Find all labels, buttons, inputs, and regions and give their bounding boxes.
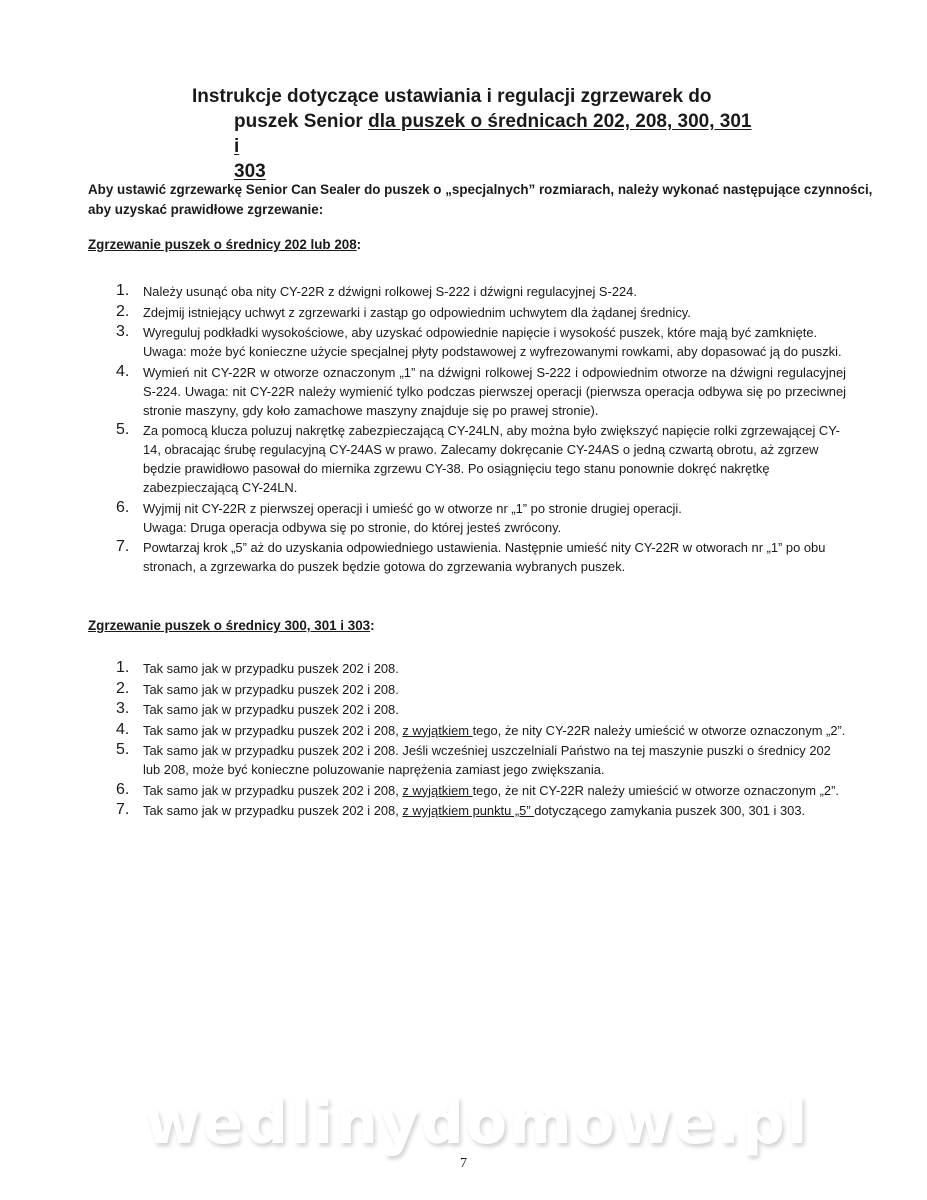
list-item: 7.Tak samo jak w przypadku puszek 202 i … [116, 801, 846, 820]
title-line-2-plain: puszek Senior [234, 111, 368, 132]
list-item: 6.Wyjmij nit CY-22R z pierwszej operacji… [116, 499, 846, 537]
title-line-2: puszek Senior dla puszek o średnicach 20… [192, 109, 752, 159]
title-line-1: Instrukcje dotyczące ustawiania i regula… [192, 84, 752, 109]
intro-paragraph: Aby ustawić zgrzewarkę Senior Can Sealer… [88, 180, 878, 220]
list-item: 6.Tak samo jak w przypadku puszek 202 i … [116, 781, 846, 800]
list-item: 5.Za pomocą klucza poluzuj nakrętkę zabe… [116, 421, 846, 497]
list-item: 2.Tak samo jak w przypadku puszek 202 i … [116, 680, 846, 699]
title-line-3-underlined: 303 [234, 161, 266, 182]
list-item: 3.Tak samo jak w przypadku puszek 202 i … [116, 700, 846, 719]
list-item: 3.Wyreguluj podkładki wysokościowe, aby … [116, 323, 846, 361]
list-item: 5.Tak samo jak w przypadku puszek 202 i … [116, 741, 846, 779]
section-1-heading-text: Zgrzewanie puszek o średnicy 202 lub 208 [88, 237, 357, 252]
watermark: wedlinydomowe.pl [145, 1088, 805, 1158]
section-1-heading: Zgrzewanie puszek o średnicy 202 lub 208… [88, 236, 361, 254]
list-item: 7.Powtarzaj krok „5” aż do uzyskania odp… [116, 538, 846, 576]
list-item: 4.Wymień nit CY-22R w otworze oznaczonym… [116, 363, 846, 420]
list-item: 4.Tak samo jak w przypadku puszek 202 i … [116, 721, 846, 740]
list-item: 1.Należy usunąć oba nity CY-22R z dźwign… [116, 282, 846, 301]
list-item: 2.Zdejmij istniejący uchwyt z zgrzewarki… [116, 303, 846, 322]
page-number: 7 [0, 1156, 927, 1172]
list-item: 1.Tak samo jak w przypadku puszek 202 i … [116, 659, 846, 678]
section-2-heading: Zgrzewanie puszek o średnicy 300, 301 i … [88, 617, 375, 635]
section-1-list: 1.Należy usunąć oba nity CY-22R z dźwign… [116, 282, 846, 578]
document-title: Instrukcje dotyczące ustawiania i regula… [192, 84, 752, 184]
section-2-heading-text: Zgrzewanie puszek o średnicy 300, 301 i … [88, 618, 370, 633]
section-2-list: 1.Tak samo jak w przypadku puszek 202 i … [116, 659, 846, 822]
